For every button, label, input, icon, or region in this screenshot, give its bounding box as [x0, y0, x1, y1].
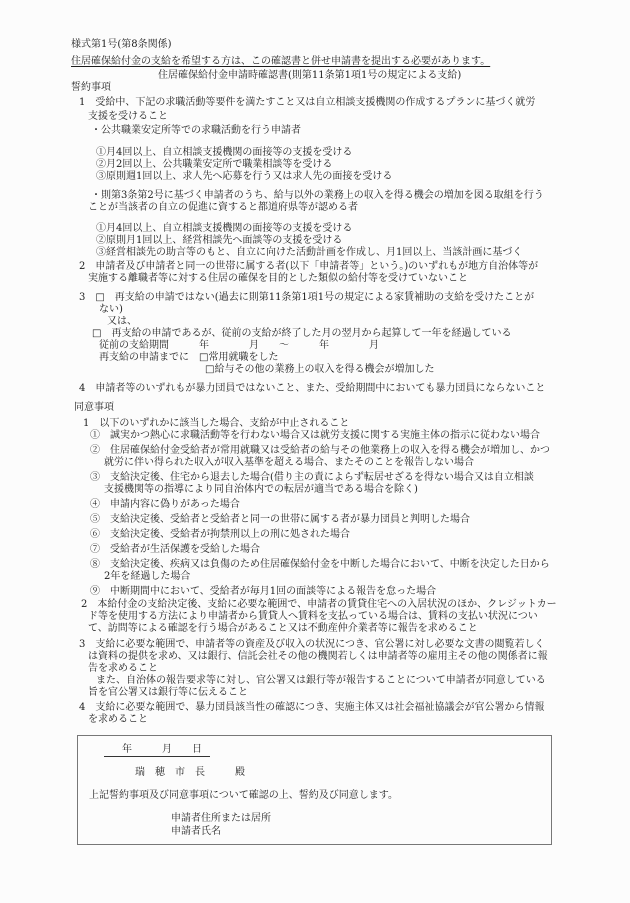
- signature-date-line: 年 月 日: [104, 744, 551, 757]
- consent-sub-8-line-1: ⑧ 支給決定後、疾病又は負傷のため住居確保給付金を中断した場合において、中断を決…: [90, 559, 630, 571]
- pledge-sub-1-2: ②月2回以上、公共職業安定所で職業相談等を受ける: [96, 159, 630, 171]
- consent-item-3-line-4: また、自治体の報告要求等に対し、官公署又は銀行等が報告することについて申請者が同…: [96, 675, 630, 687]
- pledge-item-2-line-1: 2 申請者及び申請者と同一の世帯に属する者(以下「申請者等」という。)のいずれも…: [79, 261, 630, 273]
- pledge-item-3-checkbox-employment: 再支給の申請までに □常用就職をした: [99, 352, 630, 364]
- applicant-address-label: 申請者住所または居所: [171, 813, 551, 825]
- pledge-item-1-line-1: 1 受給中、下記の求職活動等要件を満たすこと又は自立相談支援機関の作成するプラン…: [79, 97, 630, 109]
- consent-sub-4: ④ 申請内容に偽りがあった場合: [90, 499, 630, 511]
- consent-item-3-line-2: は資料の提供を求め、又は銀行、信託会社その他の機関若しくは申請者等の雇用主その他…: [88, 651, 630, 663]
- pledge-item-3-checkbox-income-increase: □給与その他の業務上の収入を得る機会が増加した: [205, 364, 630, 376]
- addressee-gap: [205, 767, 235, 778]
- consent-sub-3-line-1: ③ 支給決定後、住宅から退去した場合(借り主の責によらず転居せざるを得ない場合又…: [90, 472, 630, 484]
- pledge-item-3-or: 又は、: [107, 316, 630, 328]
- consent-sub-9: ⑨ 中断期間中において、受給者が毎月1回の面談等による報告を怠った場合: [90, 586, 630, 598]
- addressee-name: 瑞 穂 市 長: [135, 767, 205, 778]
- pledge-item-3-checkbox-not-resupply: 3 □ 再支給の申請ではない(過去に則第11条第1項1号の規定による家賃補助の支…: [79, 292, 630, 304]
- consent-item-2-line-3: て、訪問等による確認を行う場合があること又は不動産仲介業者等に報告を求めること: [88, 623, 630, 635]
- pledge-item-3-line-2: ない): [99, 304, 630, 316]
- consent-heading: 同意事項: [74, 402, 630, 414]
- pledge-sub-1-3: ③原則週1回以上、求人先へ応募を行う又は求人先の面接を受ける: [96, 171, 630, 183]
- confirmation-statement: 上記誓約事項及び同意事項について確認の上、誓約及び同意します。: [89, 790, 551, 802]
- consent-item-2-line-1: 2 本給付金の支給決定後、支給に必要な範囲で、申請者の賃貸住宅への入居状況のほか…: [81, 599, 630, 611]
- pledge-item-4: 4 申請者等のいずれもが暴力団員ではないこと、また、受給期間中においても暴力団員…: [79, 383, 630, 395]
- form-number: 様式第1号(第8条関係): [71, 39, 630, 51]
- consent-sub-2-line-2: 就労に伴い得られた収入が収入基準を超える場合、またそのことを報告しない場合: [104, 457, 630, 469]
- consent-item-3-line-3: 告を求めること: [88, 663, 630, 675]
- consent-item-3-line-5: 旨を官公署又は銀行等に伝えること: [88, 687, 630, 699]
- consent-sub-1: ① 誠実かつ熱心に求職活動等を行わない場合又は就労支援に関する実施主体の指示に従…: [90, 430, 630, 442]
- consent-sub-5: ⑤ 支給決定後、受給者と受給者と同一の世帯に属する者が暴力団員と判明した場合: [90, 514, 630, 526]
- consent-sub-3-line-2: 支援機関等の指導により同自治体内での転居が適当である場合を除く): [104, 484, 630, 496]
- signature-box: 年 月 日 瑞 穂 市 長 殿 上記誓約事項及び同意事項について確認の上、誓約及…: [77, 735, 552, 845]
- pledge-bullet-article3-line-1: ・則第3条第2号に基づく申請者のうち、給与以外の業務上の収入を得る機会の増加を図…: [91, 190, 630, 202]
- applicant-name-label: 申請者氏名: [171, 826, 551, 838]
- pledge-item-3-checkbox-resupply: □ 再支給の申請であるが、従前の支給が終了した月の翌月から起算して一年を経過して…: [92, 328, 630, 340]
- consent-sub-6: ⑥ 支給決定後、受給者が拘禁刑以上の刑に処された場合: [90, 529, 630, 541]
- pledge-item-1-line-2: 支援を受けること: [88, 111, 630, 123]
- pledge-heading: 誓約事項: [71, 82, 630, 94]
- consent-sub-7: ⑦ 受給者が生活保護を受給した場合: [90, 544, 630, 556]
- date-underline: 年 月 日: [104, 744, 210, 757]
- pledge-bullet-article3-line-2: ことが当該者の自立の促進に資すると都道府県等が認める者: [88, 202, 630, 214]
- consent-item-3-line-1: 3 支給に必要な範囲で、申請者等の資産及び収入の状況につき、官公署に対し必要な文…: [79, 639, 630, 651]
- pledge-sub-2-1: ①月4回以上、自立相談支援機関の面接等の支援を受ける: [96, 223, 630, 235]
- consent-item-1: 1 以下のいずれかに該当した場合、支給が中止されること: [83, 418, 630, 430]
- consent-sub-2-line-1: ② 住居確保給付金受給者が常用就職又は受給者の給与その他業務上の収入を得る機会が…: [90, 445, 630, 457]
- document-page: 様式第1号(第8条関係) 住居確保給付金の支給を希望する方は、この確認書と併せ申…: [0, 0, 630, 845]
- document-title: 住居確保給付金申請時確認書(則第11条第1項1号の規定による支給): [158, 70, 630, 82]
- pledge-sub-2-2: ②原則月1回以上、経営相談先へ面談等の支援を受ける: [96, 235, 630, 247]
- consent-item-2-line-2: ド等を使用する方法により申請者から賃貸人へ賃料を支払っている場合は、賃料の支払い…: [88, 611, 630, 623]
- pledge-sub-2-3: ③経営相談先の助言等のもと、自立に向けた活動計画を作成し、月1回以上、当該計画に…: [96, 247, 630, 259]
- addressee-honorific: 殿: [235, 767, 245, 778]
- consent-item-4-line-1: 4 支給に必要な範囲で、暴力団員該当性の確認につき、実施主体又は社会福祉協議会が…: [79, 702, 630, 714]
- pledge-sub-1-1: ①月4回以上、自立相談支援機関の面接等の支援を受ける: [96, 147, 630, 159]
- submission-notice: 住居確保給付金の支給を希望する方は、この確認書と併せ申請書を提出する必要がありま…: [71, 56, 630, 68]
- addressee-line: 瑞 穂 市 長 殿: [135, 767, 551, 779]
- consent-item-4-line-2: を求めること: [88, 714, 630, 726]
- consent-sub-8-line-2: 2年を経過した場合: [104, 571, 630, 583]
- pledge-item-2-line-2: 実施する離職者等に対する住居の確保を目的とした類似の給付等を受けていないこと: [88, 273, 630, 285]
- pledge-item-3-previous-period: 従前の支給期間 年 月 ～ 年 月: [99, 340, 630, 352]
- pledge-bullet-public-employment: ・公共職業安定所等での求職活動を行う申請者: [91, 125, 630, 137]
